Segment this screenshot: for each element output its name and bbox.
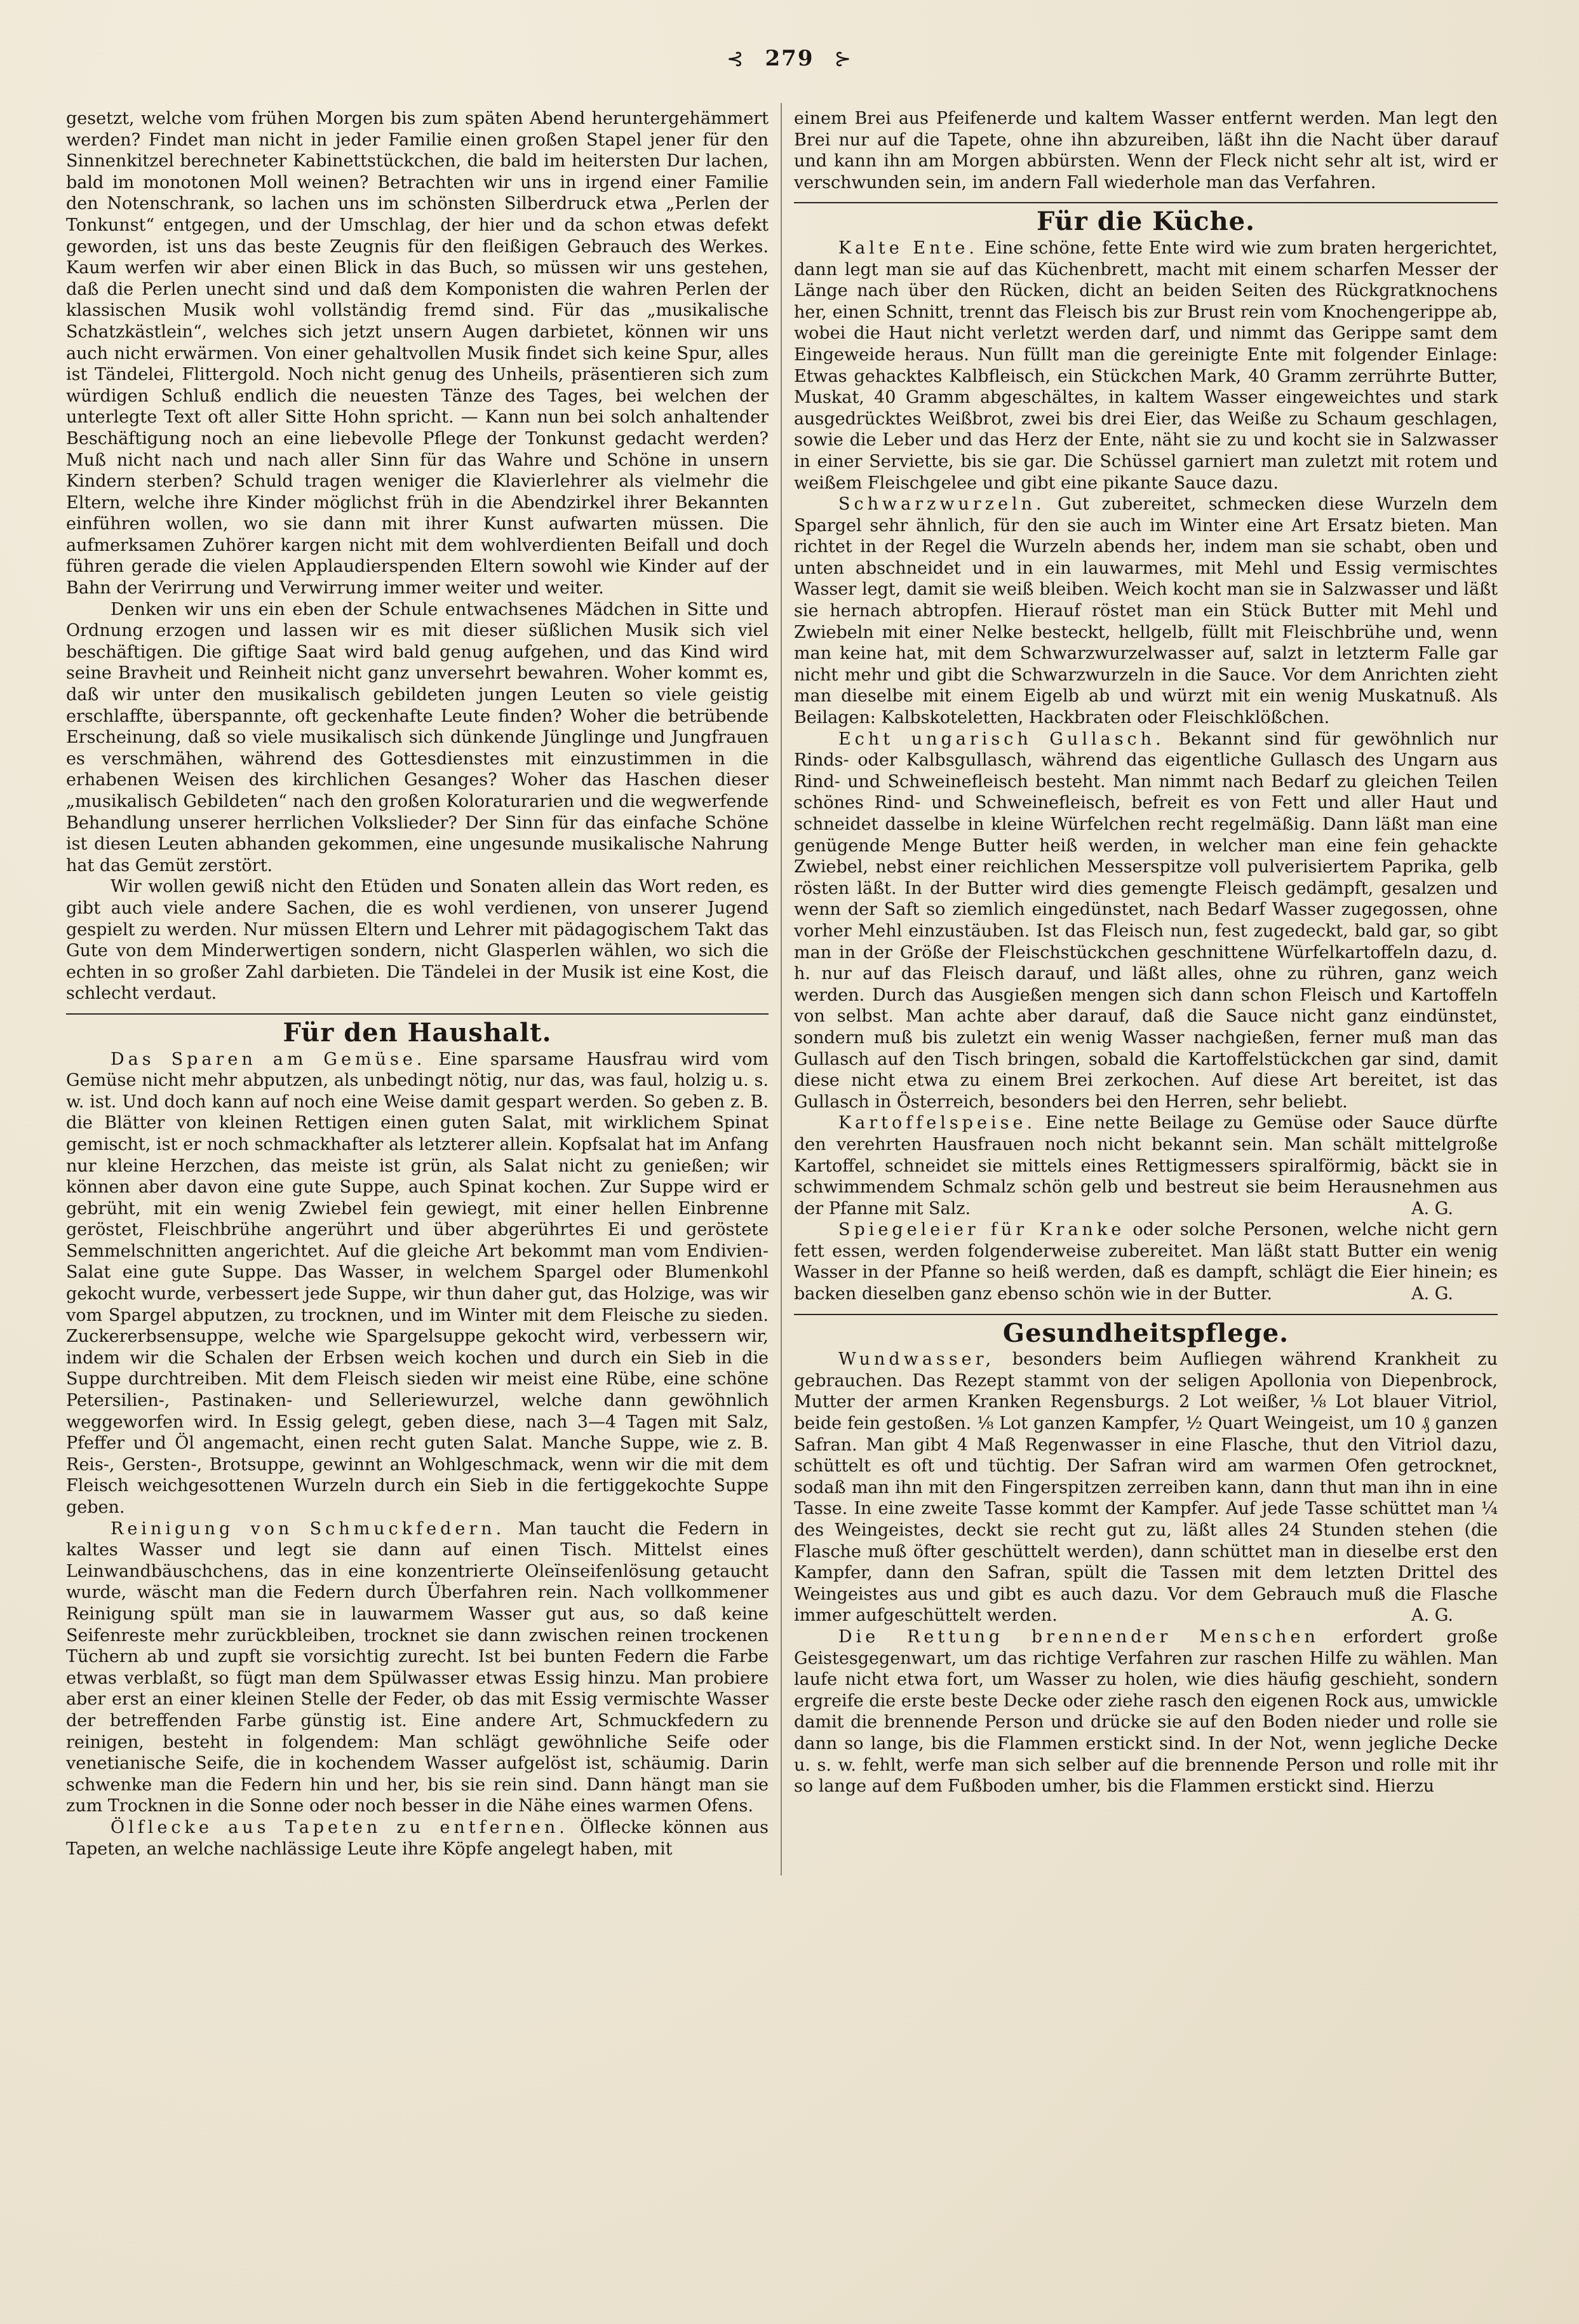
article-kalte-ente: Kalte Ente. Eine schöne, fette Ente wird… [794, 238, 1498, 494]
article-lead: Reinigung von Schmuckfedern. [111, 1519, 505, 1539]
article-schwarzwurzeln: Schwarzwurzeln. Gut zubereitet, schmecke… [794, 494, 1498, 729]
intro-paragraph-2: Denken wir uns ein eben der Schule entwa… [66, 599, 769, 877]
section-title-kueche: Für die Küche. [794, 211, 1498, 233]
article-kartoffelspeise: Kartoffelspeise. Eine nette Beilage zu G… [794, 1112, 1498, 1219]
article-oelflecke: Ölflecke aus Tapeten zu entfernen. Ölfle… [66, 1817, 769, 1860]
article-text: besonders beim Aufliegen während Krankhe… [794, 1349, 1498, 1625]
author-signature: A. G. [1367, 1198, 1453, 1220]
column-divider [781, 103, 782, 1875]
author-signature: A. G. [1367, 1605, 1453, 1626]
article-gullasch: Echt ungarisch Gullasch. Bekannt sind fü… [794, 729, 1498, 1113]
intro-paragraph-3: Wir wollen gewiß nicht den Etüden und So… [66, 876, 769, 1004]
article-spiegeleier: Spiegeleier für Kranke oder solche Perso… [794, 1219, 1498, 1304]
section-rule [794, 202, 1498, 203]
article-lead: Echt ungarisch Gullasch. [838, 729, 1165, 749]
continuation-paragraph: einem Brei aus Pfeifenerde und kaltem Wa… [794, 108, 1498, 193]
article-schmuckfedern: Reinigung von Schmuckfedern. Man taucht … [66, 1518, 769, 1817]
article-text: Gut zubereitet, schmecken diese Wurzeln … [794, 494, 1498, 727]
section-title-gesundheit: Gesundheitspflege. [794, 1323, 1498, 1344]
section-rule [794, 1314, 1498, 1315]
article-lead: Schwarzwurzeln. [838, 494, 1045, 514]
article-lead: Kartoffelspeise. [838, 1113, 1036, 1133]
article-lead: Wundwasser, [838, 1349, 995, 1369]
right-column: einem Brei aus Pfeifenerde und kaltem Wa… [794, 108, 1498, 1797]
intro-paragraph-1: gesetzt, welche vom frühen Morgen bis zu… [66, 108, 769, 599]
article-text: Eine sparsame Hausfrau wird vom Gemüse n… [66, 1050, 769, 1517]
article-lead: Das Sparen am Gemüse. [111, 1050, 426, 1069]
ornament-right-icon: ⊱ [834, 46, 852, 71]
article-text: Bekannt sind für gewöhnlich nur Rinds- o… [794, 729, 1498, 1112]
ornament-left-icon: ⊰ [727, 46, 745, 71]
page-number: 279 [765, 46, 814, 71]
left-column: gesetzt, welche vom frühen Morgen bis zu… [66, 108, 769, 1860]
article-sparen-gemuese: Das Sparen am Gemüse. Eine sparsame Haus… [66, 1049, 769, 1518]
article-lead: Spiegeleier für Kranke [838, 1220, 1125, 1240]
article-rettung: Die Rettung brennender Menschen erforder… [794, 1626, 1498, 1797]
article-lead: Kalte Ente. [838, 238, 978, 258]
article-text: Man taucht die Federn in kaltes Wasser u… [66, 1519, 769, 1816]
article-text: erfordert große Geistesgegenwart, um das… [794, 1627, 1498, 1796]
article-lead: Ölflecke aus Tapeten zu entfernen. [111, 1818, 568, 1837]
article-lead: Die Rettung brennender Menschen [838, 1627, 1319, 1647]
author-signature: A. G. [1367, 1283, 1453, 1305]
section-rule [66, 1013, 769, 1015]
article-wundwasser: Wundwasser, besonders beim Aufliegen wäh… [794, 1349, 1498, 1626]
article-text: Eine schöne, fette Ente wird wie zum bra… [794, 238, 1498, 493]
page-header: ⊰ 279 ⊱ [0, 46, 1579, 71]
section-title-haushalt: Für den Haushalt. [66, 1022, 769, 1044]
